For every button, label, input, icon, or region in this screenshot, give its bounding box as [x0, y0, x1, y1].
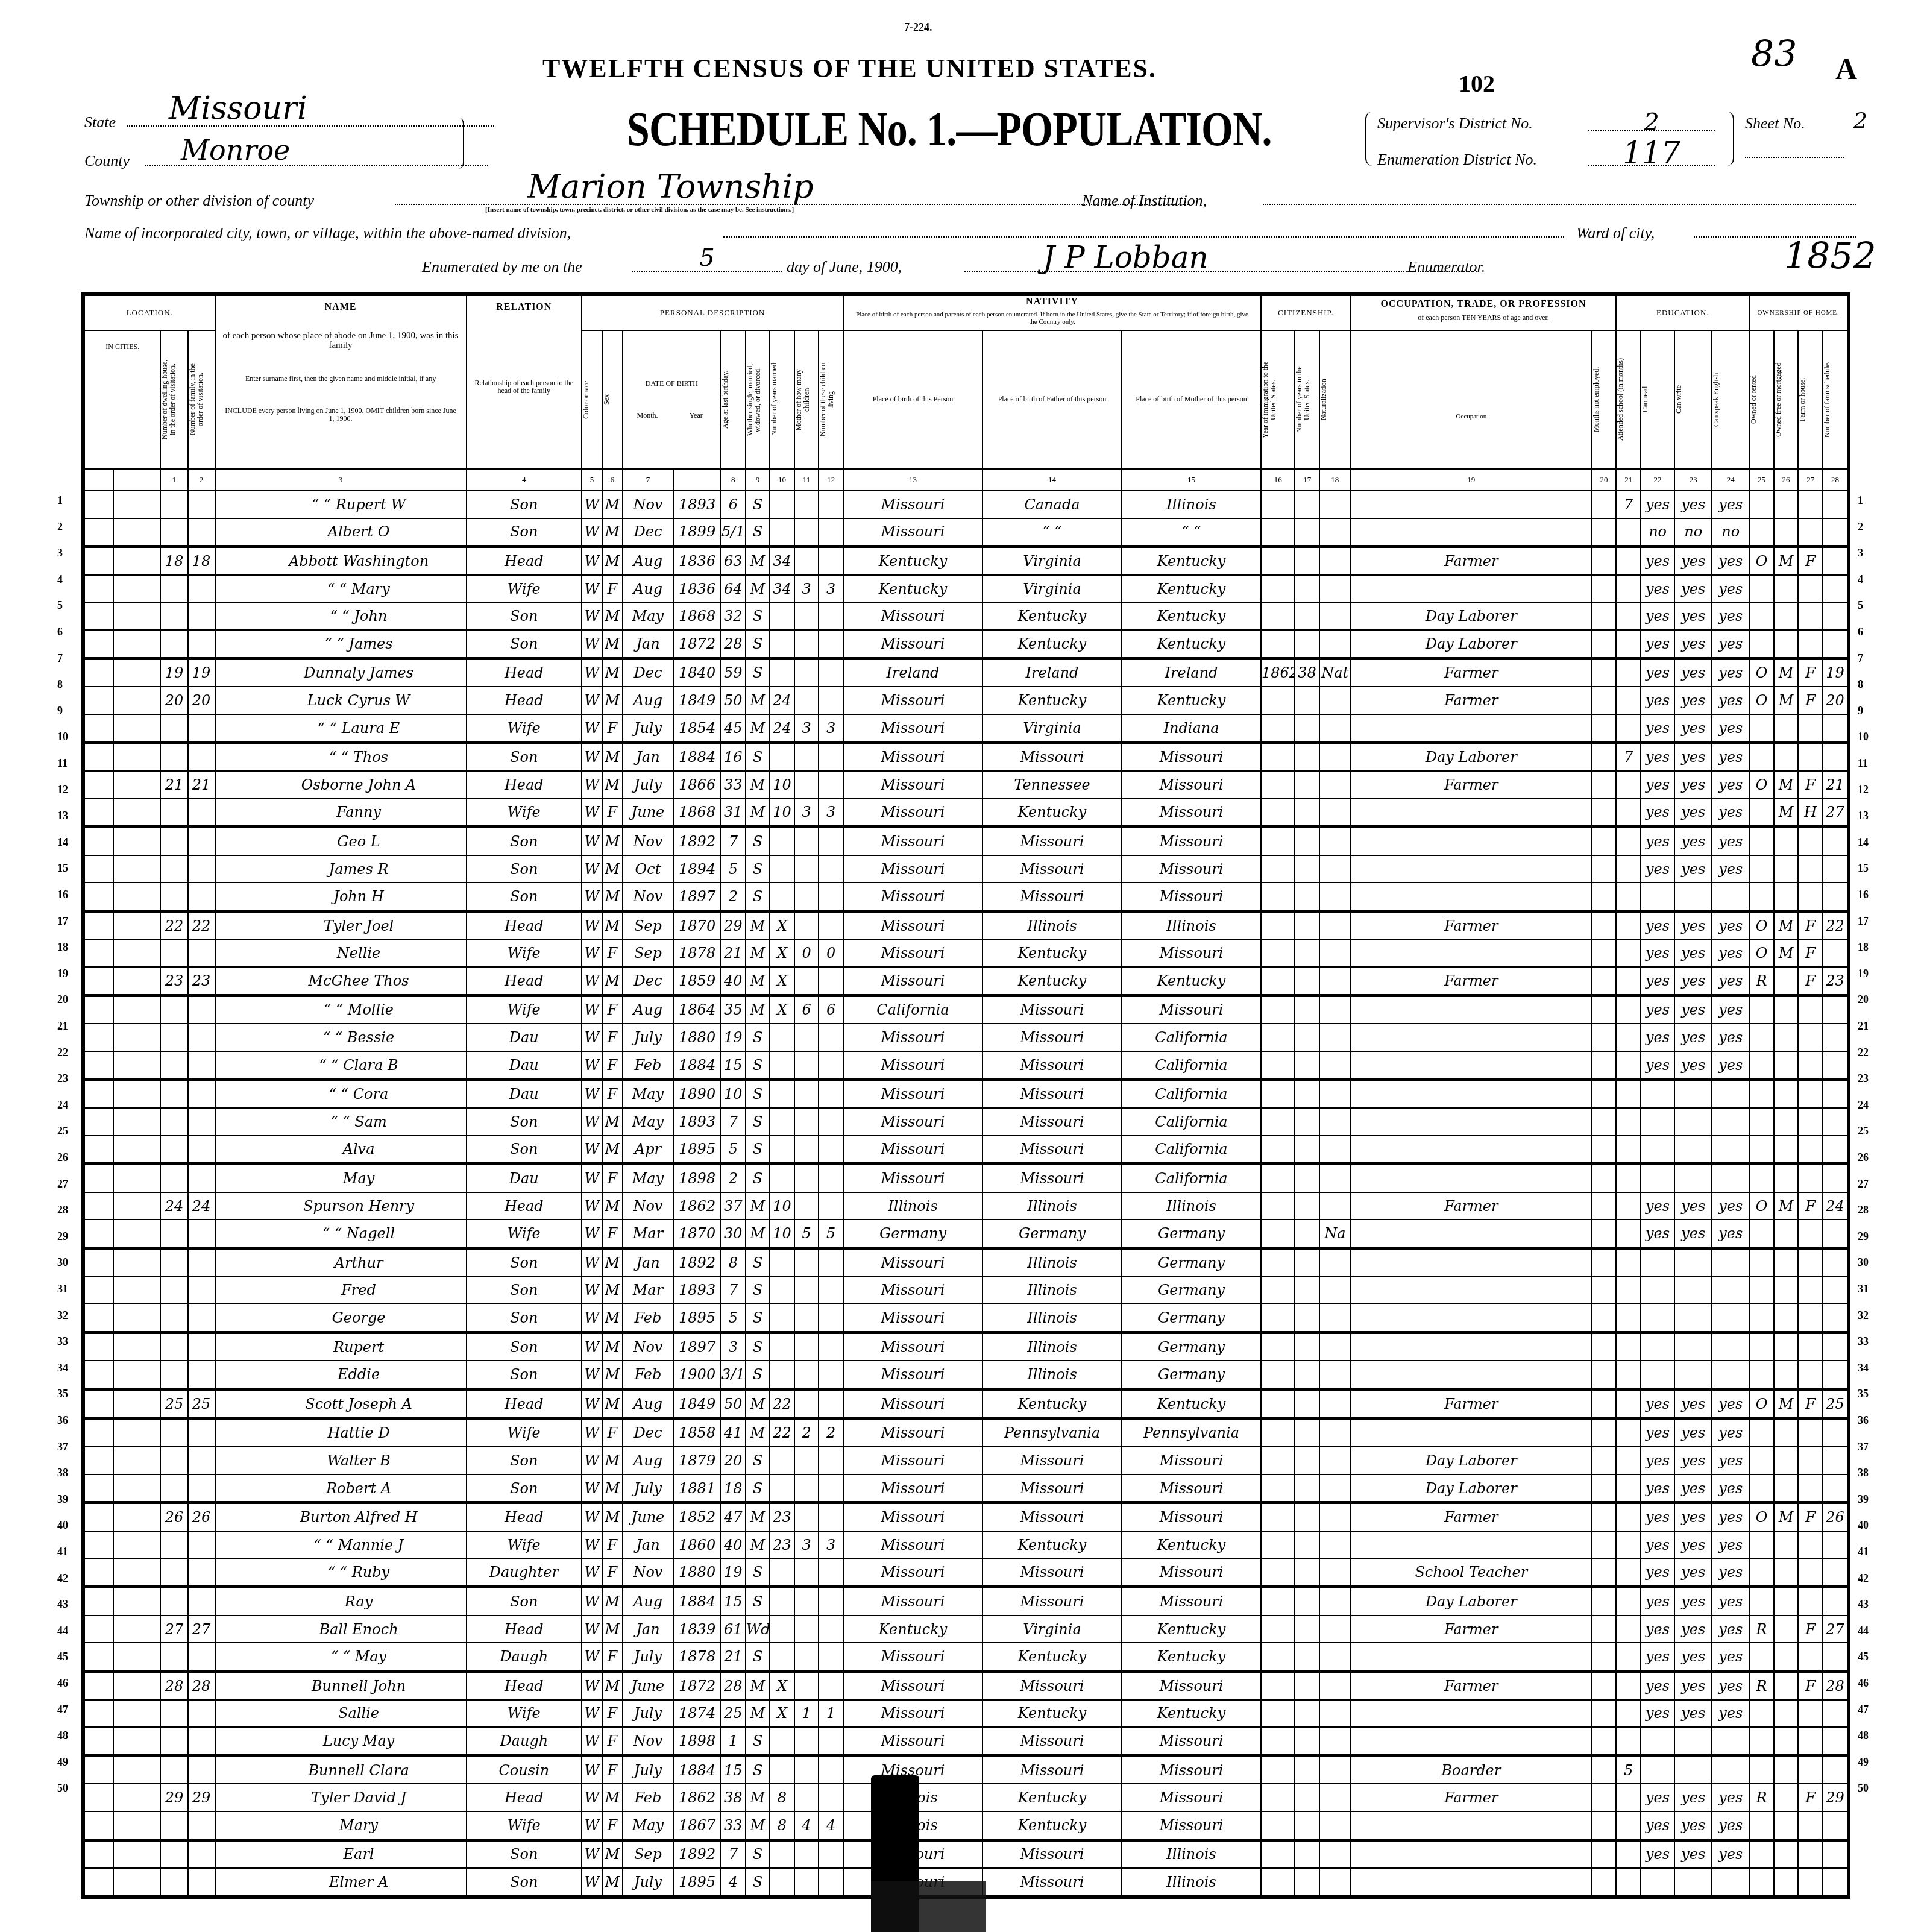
can-write-cell	[1674, 1727, 1712, 1755]
father-birthplace-cell: Kentucky	[982, 687, 1122, 714]
owned-rented-cell: O	[1749, 1389, 1774, 1419]
age-cell: 25	[721, 1700, 746, 1728]
can-read-cell: yes	[1641, 1024, 1674, 1051]
immigration-year-cell	[1261, 1868, 1295, 1897]
years-in-us-cell	[1295, 1024, 1319, 1051]
birthplace-cell: Ireland	[843, 658, 982, 687]
free-mortgaged-cell: M	[1774, 911, 1799, 939]
column-number-21: 21	[1616, 469, 1641, 491]
farm-schedule-cell	[1823, 1811, 1849, 1840]
birth-year-cell: 1895	[673, 1136, 721, 1164]
street-cell	[83, 1051, 113, 1080]
occupation-cell	[1351, 883, 1592, 911]
sex-cell: M	[602, 911, 623, 939]
father-birthplace-cell: Missouri	[982, 1503, 1122, 1531]
race-cell: W	[582, 1080, 602, 1108]
birth-year-cell: 1880	[673, 1559, 721, 1587]
years-in-us-cell	[1295, 1248, 1319, 1277]
name-cell: Bunnell Clara	[215, 1755, 467, 1784]
occupation-cell: Day Laborer	[1351, 602, 1592, 630]
farm-schedule-cell	[1823, 1108, 1849, 1136]
relation-cell: Daugh	[467, 1643, 582, 1671]
column-number-9: 9	[746, 469, 770, 491]
speaks-english-cell: yes	[1712, 491, 1749, 518]
birth-month-cell: Mar	[623, 1277, 674, 1304]
table-row: 2929Tyler David JHeadWMFeb186238M8Illino…	[83, 1784, 1849, 1811]
owned-rented-cell	[1749, 827, 1774, 855]
mother-birthplace-cell: California	[1122, 1164, 1261, 1192]
line-number: 8	[1858, 678, 1863, 691]
sex-cell: M	[602, 1840, 623, 1868]
birth-year-cell: 1884	[673, 1051, 721, 1080]
group-education: EDUCATION.	[1616, 294, 1749, 330]
can-write-cell: yes	[1674, 1616, 1712, 1643]
father-birthplace-cell: Kentucky	[982, 1389, 1122, 1419]
dwelling-number-cell	[160, 1700, 187, 1728]
table-row: Albert OSonWMDec18995/12SMissouri“ ““ “n…	[83, 518, 1849, 547]
dwelling-number-cell	[160, 1361, 187, 1389]
farm-schedule-cell	[1823, 1418, 1849, 1447]
immigration-year-cell	[1261, 1811, 1295, 1840]
years-in-us-cell	[1295, 1643, 1319, 1671]
family-number-cell	[188, 995, 215, 1024]
speaks-english-cell	[1712, 1361, 1749, 1389]
sex-cell: M	[602, 1304, 623, 1332]
mother-of-children-cell	[794, 771, 819, 799]
school-months-cell	[1616, 1671, 1641, 1699]
children-living-cell	[819, 1192, 843, 1220]
immigration-year-cell	[1261, 1024, 1295, 1051]
years-married-cell	[770, 1840, 794, 1868]
mother-of-children-cell	[794, 1277, 819, 1304]
sex-cell: M	[602, 491, 623, 518]
marital-status-cell: M	[746, 714, 770, 743]
years-in-us-cell	[1295, 995, 1319, 1024]
years-married-cell: X	[770, 911, 794, 939]
street-cell	[83, 827, 113, 855]
father-birthplace-cell: “ “	[982, 518, 1122, 547]
dwelling-number-cell: 22	[160, 911, 187, 939]
name-cell: Albert O	[215, 518, 467, 547]
age-cell: 47	[721, 1503, 746, 1531]
house-number-cell	[113, 1671, 161, 1699]
house-number-cell	[113, 1192, 161, 1220]
father-birthplace-cell: Ireland	[982, 658, 1122, 687]
farm-schedule-cell	[1823, 855, 1849, 883]
years-married-cell: X	[770, 1700, 794, 1728]
dwelling-number-cell	[160, 714, 187, 743]
house-number-cell	[113, 911, 161, 939]
age-cell: 38	[721, 1784, 746, 1811]
immigration-year-cell	[1261, 1671, 1295, 1699]
years-married-cell: 8	[770, 1784, 794, 1811]
speaks-english-cell: yes	[1712, 630, 1749, 658]
column-number-18: 18	[1319, 469, 1351, 491]
owned-rented-cell	[1749, 491, 1774, 518]
free-mortgaged-cell	[1774, 1024, 1799, 1051]
street-cell	[83, 1332, 113, 1361]
column-number-22: 22	[1641, 469, 1674, 491]
name-cell: Burton Alfred H	[215, 1503, 467, 1531]
col-label-11: Mother of how many children	[794, 330, 819, 469]
father-birthplace-cell: Missouri	[982, 1024, 1122, 1051]
mother-birthplace-cell: California	[1122, 1136, 1261, 1164]
occupation-cell: Day Laborer	[1351, 630, 1592, 658]
marital-status-cell: M	[746, 1503, 770, 1531]
years-married-cell	[770, 1587, 794, 1616]
age-cell: 61	[721, 1616, 746, 1643]
group-relation: RELATION Relationship of each person to …	[467, 294, 582, 469]
mother-of-children-cell: 6	[794, 995, 819, 1024]
name-cell: John H	[215, 883, 467, 911]
line-number: 2	[1858, 521, 1863, 533]
relation-cell: Son	[467, 855, 582, 883]
dwelling-number-cell	[160, 1643, 187, 1671]
school-months-cell	[1616, 1531, 1641, 1559]
immigration-year-cell	[1261, 687, 1295, 714]
sex-cell: F	[602, 940, 623, 968]
farm-house-cell: F	[1798, 1503, 1823, 1531]
can-write-cell	[1674, 1164, 1712, 1192]
dwelling-number-cell	[160, 1108, 187, 1136]
race-cell: W	[582, 1784, 602, 1811]
birth-month-cell: Dec	[623, 967, 674, 995]
birth-year-cell: 1879	[673, 1447, 721, 1474]
line-number: 18	[1858, 941, 1869, 954]
birth-year-cell: 1862	[673, 1784, 721, 1811]
race-cell: W	[582, 799, 602, 827]
birthplace-cell: Missouri	[843, 1559, 982, 1587]
years-in-us-cell	[1295, 1616, 1319, 1643]
marital-status-cell: S	[746, 658, 770, 687]
birth-month-cell: July	[623, 714, 674, 743]
naturalization-cell	[1319, 1671, 1351, 1699]
free-mortgaged-cell: M	[1774, 547, 1799, 575]
house-number-cell	[113, 714, 161, 743]
can-read-cell: yes	[1641, 1840, 1674, 1868]
children-living-cell	[819, 1277, 843, 1304]
name-instruction-2: INCLUDE every person living on June 1, 1…	[222, 407, 460, 423]
months-unemployed-cell	[1592, 1643, 1617, 1671]
relation-cell: Son	[467, 630, 582, 658]
speaks-english-cell: yes	[1712, 1616, 1749, 1643]
race-cell: W	[582, 1361, 602, 1389]
birth-year-cell: 1884	[673, 1755, 721, 1784]
farm-schedule-cell: 19	[1823, 658, 1849, 687]
name-cell: May	[215, 1164, 467, 1192]
naturalization-cell	[1319, 1304, 1351, 1332]
children-living-cell	[819, 1332, 843, 1361]
birthplace-cell: Missouri	[843, 1671, 982, 1699]
school-months-cell	[1616, 855, 1641, 883]
farm-house-cell	[1798, 1840, 1823, 1868]
mother-of-children-cell	[794, 1304, 819, 1332]
dwelling-number-cell	[160, 518, 187, 547]
house-number-cell	[113, 1164, 161, 1192]
line-number: 46	[57, 1677, 68, 1690]
mother-birthplace-cell: Missouri	[1122, 995, 1261, 1024]
mother-of-children-cell	[794, 1840, 819, 1868]
occupation-cell: Farmer	[1351, 658, 1592, 687]
relation-cell: Dau	[467, 1164, 582, 1192]
school-months-cell	[1616, 1024, 1641, 1051]
years-married-cell	[770, 1643, 794, 1671]
years-in-us-cell	[1295, 1361, 1319, 1389]
relation-cell: Wife	[467, 1811, 582, 1840]
birth-year-cell: 1898	[673, 1164, 721, 1192]
col-label-16: Year of immigration to the United States…	[1261, 330, 1295, 469]
column-number-16: 16	[1261, 469, 1295, 491]
column-number-14: 14	[982, 469, 1122, 491]
line-number: 36	[57, 1414, 68, 1427]
street-cell	[83, 1671, 113, 1699]
family-number-cell	[188, 1559, 215, 1587]
can-read-cell	[1641, 1080, 1674, 1108]
speaks-english-cell: yes	[1712, 1531, 1749, 1559]
relation-cell: Wife	[467, 1700, 582, 1728]
relation-cell: Dau	[467, 1051, 582, 1080]
race-cell: W	[582, 518, 602, 547]
age-cell: 50	[721, 1389, 746, 1419]
col-28-text: Number of farm schedule.	[1823, 357, 1831, 442]
immigration-year-cell	[1261, 1108, 1295, 1136]
family-number-cell	[188, 940, 215, 968]
dwelling-number-cell: 27	[160, 1616, 187, 1643]
house-number-cell	[113, 883, 161, 911]
can-write-cell	[1674, 1080, 1712, 1108]
speaks-english-cell: yes	[1712, 1811, 1749, 1840]
mother-birthplace-cell: Germany	[1122, 1248, 1261, 1277]
years-in-us-cell	[1295, 1219, 1319, 1248]
occupation-cell: Farmer	[1351, 547, 1592, 575]
children-living-cell	[819, 1248, 843, 1277]
age-cell: 21	[721, 1643, 746, 1671]
occupation-cell	[1351, 714, 1592, 743]
years-married-cell	[770, 1868, 794, 1897]
years-in-us-cell	[1295, 1192, 1319, 1220]
age-cell: 19	[721, 1024, 746, 1051]
children-living-cell: 3	[819, 1531, 843, 1559]
naturalization-cell	[1319, 714, 1351, 743]
farm-schedule-cell	[1823, 883, 1849, 911]
can-read-cell	[1641, 1108, 1674, 1136]
children-living-cell	[819, 1361, 843, 1389]
months-unemployed-cell	[1592, 1192, 1617, 1220]
name-cell: James R	[215, 855, 467, 883]
birth-month-cell: Jan	[623, 1248, 674, 1277]
race-cell: W	[582, 967, 602, 995]
birthplace-cell: Missouri	[843, 1136, 982, 1164]
street-cell	[83, 714, 113, 743]
months-unemployed-cell	[1592, 1277, 1617, 1304]
years-married-cell	[770, 1051, 794, 1080]
farm-schedule-cell	[1823, 1332, 1849, 1361]
birth-year-cell: 1893	[673, 1108, 721, 1136]
race-cell: W	[582, 1277, 602, 1304]
street-cell	[83, 1811, 113, 1840]
speaks-english-cell	[1712, 1727, 1749, 1755]
line-number: 43	[1858, 1598, 1869, 1611]
occupation-cell	[1351, 491, 1592, 518]
sex-cell: F	[602, 1418, 623, 1447]
years-in-us-cell	[1295, 1503, 1319, 1531]
years-in-us-cell	[1295, 1559, 1319, 1587]
family-number-cell	[188, 743, 215, 771]
marital-status-cell: M	[746, 1418, 770, 1447]
column-number-28: 28	[1823, 469, 1849, 491]
free-mortgaged-cell	[1774, 1587, 1799, 1616]
school-months-cell: 7	[1616, 491, 1641, 518]
free-mortgaged-cell	[1774, 1531, 1799, 1559]
birth-year-cell: 1852	[673, 1503, 721, 1531]
name-cell: “ “ Thos	[215, 743, 467, 771]
years-in-us-cell	[1295, 630, 1319, 658]
owned-rented-cell: O	[1749, 1192, 1774, 1220]
years-married-cell: 24	[770, 687, 794, 714]
father-birthplace-cell: Kentucky	[982, 1643, 1122, 1671]
mother-birthplace-cell: Kentucky	[1122, 575, 1261, 603]
table-row: Lucy MayDaughWFNov18981SMissouriMissouri…	[83, 1727, 1849, 1755]
line-number: 33	[57, 1335, 68, 1348]
marital-status-cell: M	[746, 1700, 770, 1728]
birth-month-cell: Sep	[623, 911, 674, 939]
naturalization-cell	[1319, 1164, 1351, 1192]
can-read-cell	[1641, 1868, 1674, 1897]
sex-cell: M	[602, 827, 623, 855]
naturalization-cell	[1319, 1587, 1351, 1616]
street-cell	[83, 491, 113, 518]
free-mortgaged-cell	[1774, 1447, 1799, 1474]
years-married-cell: 22	[770, 1418, 794, 1447]
can-read-cell	[1641, 1277, 1674, 1304]
sex-cell: F	[602, 1755, 623, 1784]
owned-rented-cell	[1749, 1531, 1774, 1559]
owned-rented-cell	[1749, 1755, 1774, 1784]
line-number: 6	[1858, 626, 1863, 638]
birth-month-cell: Mar	[623, 1219, 674, 1248]
years-married-cell	[770, 1474, 794, 1503]
dwelling-number-cell	[160, 575, 187, 603]
years-married-cell	[770, 1164, 794, 1192]
relation-cell: Dau	[467, 1024, 582, 1051]
mother-birthplace-cell: California	[1122, 1108, 1261, 1136]
line-number: 41	[1858, 1546, 1869, 1558]
free-mortgaged-cell: M	[1774, 940, 1799, 968]
sheet-label: Sheet No.	[1745, 115, 1805, 133]
farm-house-cell	[1798, 1474, 1823, 1503]
family-number-cell	[188, 1868, 215, 1897]
farm-house-cell	[1798, 827, 1823, 855]
father-birthplace-cell: Pennsylvania	[982, 1418, 1122, 1447]
birthplace-cell: Missouri	[843, 1531, 982, 1559]
house-number-cell	[113, 827, 161, 855]
marital-status-cell: M	[746, 1671, 770, 1699]
line-number: 49	[57, 1756, 68, 1769]
ink-smudge	[871, 1881, 986, 1932]
months-unemployed-cell	[1592, 547, 1617, 575]
free-mortgaged-cell	[1774, 1784, 1799, 1811]
mother-birthplace-cell: Missouri	[1122, 771, 1261, 799]
months-unemployed-cell	[1592, 1219, 1617, 1248]
marital-status-cell: M	[746, 1784, 770, 1811]
col-25-text: Owned or rented	[1750, 357, 1758, 442]
can-read-cell: yes	[1641, 491, 1674, 518]
table-row: 2121Osborne John AHeadWMJuly186633M10Mis…	[83, 771, 1849, 799]
birth-year-cell: 1872	[673, 630, 721, 658]
relation-cell: Son	[467, 883, 582, 911]
mother-birthplace-cell: Illinois	[1122, 491, 1261, 518]
house-number-cell	[113, 1219, 161, 1248]
owned-rented-cell	[1749, 630, 1774, 658]
owned-rented-cell	[1749, 1277, 1774, 1304]
years-in-us-cell	[1295, 1587, 1319, 1616]
speaks-english-cell	[1712, 1868, 1749, 1897]
owned-rented-cell: O	[1749, 940, 1774, 968]
can-write-cell	[1674, 883, 1712, 911]
birth-month-cell: Nov	[623, 1332, 674, 1361]
birth-month-cell: Aug	[623, 547, 674, 575]
can-write-cell	[1674, 1304, 1712, 1332]
col-label-15: Place of birth of Mother of this person	[1122, 330, 1261, 469]
birthplace-cell: Missouri	[843, 1643, 982, 1671]
line-number: 20	[1858, 993, 1869, 1006]
owned-rented-cell	[1749, 1361, 1774, 1389]
months-unemployed-cell	[1592, 1389, 1617, 1419]
name-cell: Mary	[215, 1811, 467, 1840]
family-number-cell	[188, 1811, 215, 1840]
can-read-cell: yes	[1641, 1559, 1674, 1587]
immigration-year-cell	[1261, 1643, 1295, 1671]
family-number-cell	[188, 1080, 215, 1108]
years-married-cell: 10	[770, 771, 794, 799]
line-number: 45	[1858, 1650, 1869, 1663]
speaks-english-cell: yes	[1712, 687, 1749, 714]
years-in-us-cell	[1295, 799, 1319, 827]
years-married-cell: X	[770, 940, 794, 968]
dwelling-number-cell	[160, 743, 187, 771]
children-living-cell	[819, 1051, 843, 1080]
speaks-english-cell: yes	[1712, 602, 1749, 630]
can-write-cell: yes	[1674, 1219, 1712, 1248]
farm-house-cell: F	[1798, 940, 1823, 968]
dwelling-number-cell: 26	[160, 1503, 187, 1531]
school-months-cell: 7	[1616, 743, 1641, 771]
col-label-14: Place of birth of Father of this person	[982, 330, 1122, 469]
years-in-us-cell	[1295, 575, 1319, 603]
children-living-cell	[819, 771, 843, 799]
birth-year-cell: 1870	[673, 911, 721, 939]
table-row: 2323McGhee ThosHeadWMDec185940MXMissouri…	[83, 967, 1849, 995]
dwelling-number-cell: 24	[160, 1192, 187, 1220]
owned-rented-cell	[1749, 1219, 1774, 1248]
name-cell: George	[215, 1304, 467, 1332]
sex-cell: M	[602, 1671, 623, 1699]
mother-of-children-cell: 0	[794, 940, 819, 968]
marital-status-cell: S	[746, 1136, 770, 1164]
naturalization-cell	[1319, 1024, 1351, 1051]
occupation-cell	[1351, 1051, 1592, 1080]
birthplace-cell: Germany	[843, 1219, 982, 1248]
sex-cell: M	[602, 1784, 623, 1811]
name-cell: Ray	[215, 1587, 467, 1616]
marital-status-cell: M	[746, 1389, 770, 1419]
speaks-english-cell	[1712, 1164, 1749, 1192]
farm-house-cell	[1798, 1361, 1823, 1389]
years-in-us-cell	[1295, 1389, 1319, 1419]
sex-cell: F	[602, 799, 623, 827]
family-number-cell: 29	[188, 1784, 215, 1811]
can-read-cell: yes	[1641, 1643, 1674, 1671]
